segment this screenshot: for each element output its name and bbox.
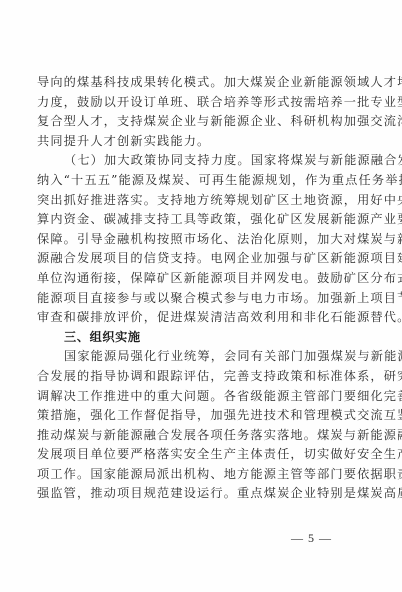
document-page: 导向的煤基科技成果转化模式。加大煤炭企业新能源领域人才培养 力度，鼓励以开设订单… [0,0,402,592]
text-line: 合发展的指导协调和跟踪评估，完善支持政策和标准体系，研究协 [37,367,351,387]
text-line: 源融合发展项目的信贷支持。电网企业加强与矿区新能源项目建设 [37,249,351,269]
document-body: 导向的煤基科技成果转化模式。加大煤炭企业新能源领域人才培养 力度，鼓励以开设订单… [37,73,351,504]
text-line: 推动煤炭与新能源融合发展各项任务落实落地。煤炭与新能源融合 [37,426,351,446]
text-line: 共同提升人才创新实践能力。 [37,132,351,152]
page-number: — 5 — [291,531,332,546]
text-line: 保障。引导金融机构按照市场化、法治化原则，加大对煤炭与新能 [37,230,351,250]
text-line: 突出抓好推进落实。支持地方统筹规划矿区土地资源，用好中央预 [37,191,351,211]
text-line: 强监管，推动项目规范建设运行。重点煤炭企业特别是煤炭高质量 [37,484,351,504]
text-line: 纳入“十五五”能源及煤炭、可再生能源规划，作为重点任务举措 [37,171,351,191]
text-line: 能源项目直接参与或以聚合模式参与电力市场。加强新上项目节能 [37,289,351,309]
text-line: 策措施，强化工作督促指导，加强先进技术和管理模式交流互鉴， [37,406,351,426]
text-line: 调解决工作推进中的重大问题。各省级能源主管部门要细化完善政 [37,387,351,407]
section-heading: 三、组织实施 [37,328,351,348]
text-line: 单位沟通衔接，保障矿区新能源项目并网发电。鼓励矿区分布式新 [37,269,351,289]
text-line: 审查和碳排放评价，促进煤炭清洁高效利用和非化石能源替代。 [37,308,351,328]
text-line: 发展项目单位要严格落实安全生产主体责任，切实做好安全生产各 [37,445,351,465]
paragraph-start-line: （七）加大政策协同支持力度。国家将煤炭与新能源融合发展 [37,151,351,171]
text-line: 算内资金、碳减排支持工具等政策，强化矿区发展新能源产业要素 [37,210,351,230]
text-line: 项工作。国家能源局派出机构、地方能源主管等部门要依据职责加 [37,465,351,485]
paragraph-start-line: 国家能源局强化行业统筹，会同有关部门加强煤炭与新能源融 [37,347,351,367]
text-line: 导向的煤基科技成果转化模式。加大煤炭企业新能源领域人才培养 [37,73,351,93]
text-line: 力度，鼓励以开设订单班、联合培养等形式按需培养一批专业型、 [37,93,351,113]
text-line: 复合型人才，支持煤炭企业与新能源企业、科研机构加强交流沟通， [37,112,351,132]
